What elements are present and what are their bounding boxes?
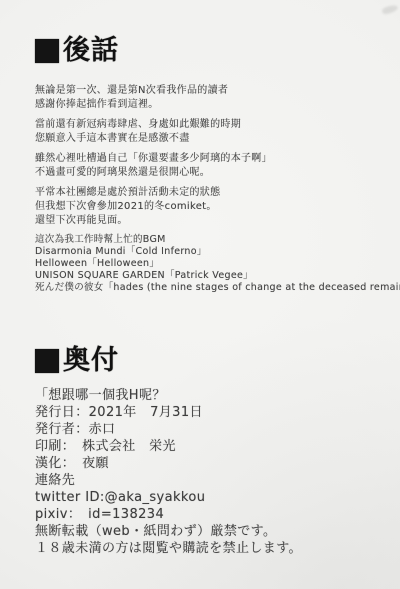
afterword-paragraph: 雖然心裡吐槽過自己「你還要畫多少阿璃的本子啊」 不過畫可愛的阿璃果然還是很開心呢… (35, 152, 385, 180)
afterword-line: 平常本社團總是處於預計活動未定的狀態 (35, 186, 385, 200)
translation-group-line: 漢化： 夜願 (35, 455, 385, 472)
afterword-line: 您願意入手這本書實在是感激不盡 (35, 132, 385, 146)
afterword-paragraph: 當前還有新冠病毒肆虐、身處如此艱難的時期 您願意入手這本書實在是感激不盡 (35, 118, 385, 146)
afterword-line: 還望下次再能見面。 (35, 214, 385, 228)
colophon-heading: 奥付 (35, 346, 385, 376)
publisher-line: 発行者：赤口 (35, 421, 385, 438)
bgm-track-line: Helloween「Helloween」 (35, 258, 385, 270)
twitter-id-line: twitter ID:@aka_syakkou (35, 489, 385, 506)
age-restriction-notice-line: １８歳未満の方は閲覧や購読を禁止します。 (35, 540, 385, 557)
afterword-line: 但我想下次會參加2021的冬comiket。 (35, 200, 385, 214)
pixiv-id-line: pixiv： id=138234 (35, 506, 385, 523)
afterword-line: 感謝你捧起拙作看到這裡。 (35, 98, 385, 112)
no-reproduction-notice-line: 無断転載（web・紙問わず）厳禁です。 (35, 523, 385, 540)
section-marker-square-icon (35, 349, 59, 373)
bgm-track-line: Disarmonia Mundi「Cold Inferno」 (35, 246, 385, 258)
afterword-paragraph: 平常本社團總是處於預計活動未定的狀態 但我想下次會參加2021的冬comiket… (35, 186, 385, 228)
afterword-bgm-paragraph: 這次為我工作時幫上忙的BGM Disarmonia Mundi「Cold Inf… (35, 234, 385, 294)
colophon-heading-text: 奥付 (63, 346, 119, 376)
book-title-line: 「想跟哪一個我H呢？ (35, 387, 385, 404)
printer-line: 印刷： 株式会社 栄光 (35, 438, 385, 455)
colophon-section: 奥付 「想跟哪一個我H呢？ 発行日：2021年 7月31日 発行者：赤口 印刷：… (35, 346, 385, 557)
afterword-line: 不過畫可愛的阿璃果然還是很開心呢。 (35, 166, 385, 180)
scan-smudge-artifact (381, 4, 398, 16)
afterword-heading: 後話 (35, 36, 385, 66)
bgm-intro-line: 這次為我工作時幫上忙的BGM (35, 234, 385, 246)
afterword-heading-text: 後話 (63, 36, 119, 66)
contact-label-line: 連絡先 (35, 472, 385, 489)
publication-date-line: 発行日：2021年 7月31日 (35, 404, 385, 421)
afterword-line: 雖然心裡吐槽過自己「你還要畫多少阿璃的本子啊」 (35, 152, 385, 166)
bgm-track-line: UNISON SQUARE GARDEN「Patrick Vegee」 (35, 270, 385, 282)
afterword-line: 當前還有新冠病毒肆虐、身處如此艱難的時期 (35, 118, 385, 132)
section-marker-square-icon (35, 39, 59, 63)
afterword-paragraph: 無論是第一次、還是第N次看我作品的讀者 感謝你捧起拙作看到這裡。 (35, 84, 385, 112)
scanned-page: 後話 無論是第一次、還是第N次看我作品的讀者 感謝你捧起拙作看到這裡。 當前還有… (0, 0, 400, 589)
afterword-line: 無論是第一次、還是第N次看我作品的讀者 (35, 84, 385, 98)
afterword-section: 後話 無論是第一次、還是第N次看我作品的讀者 感謝你捧起拙作看到這裡。 當前還有… (35, 36, 385, 294)
colophon-lines: 「想跟哪一個我H呢？ 発行日：2021年 7月31日 発行者：赤口 印刷： 株式… (35, 387, 385, 557)
bgm-track-line: 死んだ僕の彼女「hades (the nine stages of change… (35, 282, 385, 294)
